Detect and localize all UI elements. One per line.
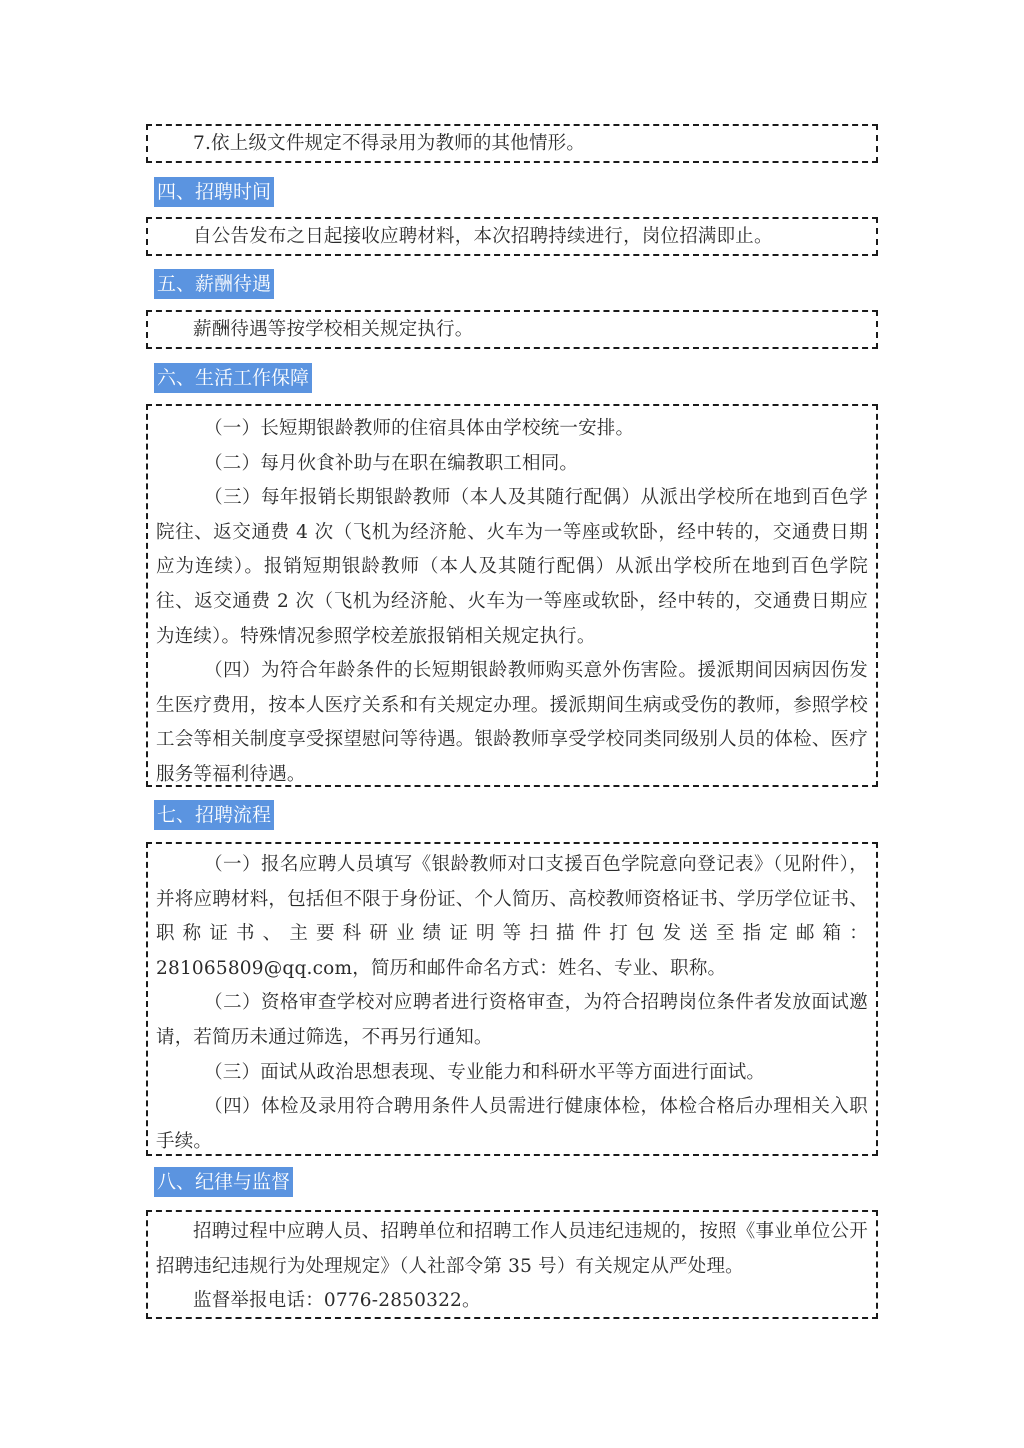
section-heading-discipline: 八、纪律与监督 xyxy=(154,1167,293,1197)
paragraph-2: （二）每月伙食补助与在职在编教职工相同。 xyxy=(156,447,868,482)
paragraph-2: 监督举报电话：0776-2850322。 xyxy=(156,1284,868,1319)
paragraph-1: （一）报名应聘人员填写《银龄教师对口支援百色学院意向登记表》（见附件），并将应聘… xyxy=(156,848,868,986)
paragraph: 自公告发布之日起接收应聘材料，本次招聘持续进行，岗位招满即止。 xyxy=(156,219,868,254)
paragraph: 7.依上级文件规定不得录用为教师的其他情形。 xyxy=(156,126,868,161)
intro-box: 7.依上级文件规定不得录用为教师的其他情形。 xyxy=(146,124,878,163)
section-heading-recruitment-time: 四、招聘时间 xyxy=(154,177,274,207)
paragraph-3: （三）每年报销长期银龄教师（本人及其随行配偶）从派出学校所在地到百色学院往、返交… xyxy=(156,481,868,654)
section-box-recruitment-time: 自公告发布之日起接收应聘材料，本次招聘持续进行，岗位招满即止。 xyxy=(146,217,878,256)
section-box-living-support: （一）长短期银龄教师的住宿具体由学校统一安排。 （二）每月伙食补助与在职在编教职… xyxy=(146,404,878,787)
section-box-recruitment-process: （一）报名应聘人员填写《银龄教师对口支援百色学院意向登记表》（见附件），并将应聘… xyxy=(146,842,878,1156)
paragraph-4: （四）体检及录用符合聘用条件人员需进行健康体检，体检合格后办理相关入职手续。 xyxy=(156,1090,868,1159)
paragraph-4: （四）为符合年龄条件的长短期银龄教师购买意外伤害险。援派期间因病因伤发生医疗费用… xyxy=(156,654,868,792)
section-heading-salary: 五、薪酬待遇 xyxy=(154,269,274,299)
section-heading-living-support: 六、生活工作保障 xyxy=(154,363,312,393)
paragraph-3: （三）面试从政治思想表现、专业能力和科研水平等方面进行面试。 xyxy=(156,1056,868,1091)
section-heading-recruitment-process: 七、招聘流程 xyxy=(154,800,274,830)
paragraph-1: 招聘过程中应聘人员、招聘单位和招聘工作人员违纪违规的，按照《事业单位公开招聘违纪… xyxy=(156,1215,868,1284)
section-box-salary: 薪酬待遇等按学校相关规定执行。 xyxy=(146,310,878,349)
paragraph: 薪酬待遇等按学校相关规定执行。 xyxy=(156,312,868,347)
paragraph-1: （一）长短期银龄教师的住宿具体由学校统一安排。 xyxy=(156,412,868,447)
paragraph-2: （二）资格审查学校对应聘者进行资格审查，为符合招聘岗位条件者发放面试邀请，若简历… xyxy=(156,986,868,1055)
section-box-discipline: 招聘过程中应聘人员、招聘单位和招聘工作人员违纪违规的，按照《事业单位公开招聘违纪… xyxy=(146,1210,878,1319)
